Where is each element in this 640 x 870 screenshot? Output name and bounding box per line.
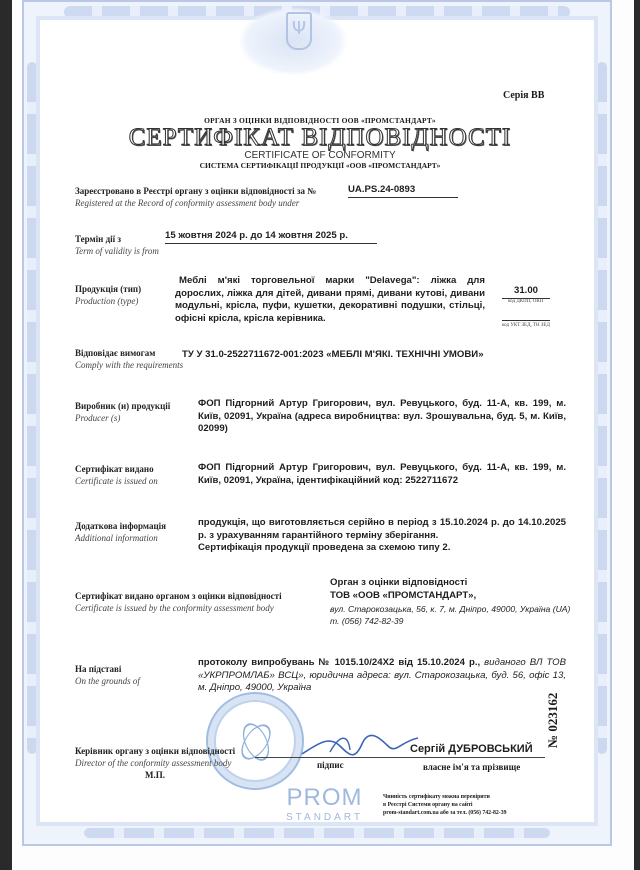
seal-place-label: М.П. bbox=[145, 770, 165, 780]
issued-on-label-ua: Сертифікат видано bbox=[75, 464, 154, 474]
additional-info-value: продукція, що виготовляється серійно в п… bbox=[198, 517, 566, 542]
requirements-standard: ТУ У 31.0-2522711672-001:2023 «МЕБЛІ М'Я… bbox=[182, 349, 484, 362]
validity-period: 15 жовтня 2024 р. до 14 жовтня 2025 р. bbox=[165, 230, 377, 244]
director-label-en: Director of the conformity assessment bo… bbox=[75, 758, 231, 768]
promstandart-logo: PROM STANDART bbox=[286, 784, 363, 823]
issuing-body-phone: т. (056) 742-82-39 bbox=[330, 615, 403, 628]
additional-label-en: Additional information bbox=[75, 533, 158, 543]
dkpp-code: 31.00 bbox=[502, 285, 550, 299]
issued-on-value: ФОП Підгорний Артур Григорович, вул. Рев… bbox=[198, 462, 566, 487]
production-description: Меблі м'які торговельної марки "Delavega… bbox=[175, 275, 485, 325]
validity-label-en: Term of validity is from bbox=[75, 246, 159, 256]
verify-note-3: prom-standart.com.ua або за тел. (056) 7… bbox=[383, 810, 507, 816]
issued-by-label-ua: Сертифікат видано органом з оцінки відпо… bbox=[75, 591, 282, 601]
grounds-value: протоколу випробувань № 1015.10/24Х2 від… bbox=[198, 657, 566, 695]
producer-value: ФОП Підгорний Артур Григорович, вул. Рев… bbox=[198, 398, 566, 436]
certification-system: СИСТЕМА СЕРТИФІКАЦІЇ ПРОДУКЦІЇ «ООВ «ПРО… bbox=[0, 161, 640, 170]
dkpp-code-caption: код ДКПП, ОКП bbox=[508, 299, 543, 304]
additional-label-ua: Додаткова інформація bbox=[75, 521, 166, 531]
certificate-serial-number: № 023162 bbox=[545, 693, 561, 748]
registry-number: UA.PS.24-0893 bbox=[348, 184, 458, 198]
name-caption: власне ім'я та прізвище bbox=[423, 762, 520, 772]
production-label-en: Production (type) bbox=[75, 296, 138, 306]
frame-band-bottom bbox=[84, 828, 550, 838]
certification-scheme: Сертифікація продукції проведена за схем… bbox=[198, 542, 450, 555]
verify-note-2: в Реєстрі Системи органу на сайті bbox=[383, 802, 473, 808]
logo-line-2: STANDART bbox=[286, 812, 363, 823]
issuing-body-name-line1: Орган з оцінки відповідності bbox=[330, 577, 467, 590]
director-label-ua: Керівник органу з оцінки відповідності bbox=[75, 746, 235, 756]
issuing-body-address: вул. Старокозацька, 56, к. 7, м. Дніпро,… bbox=[330, 603, 570, 616]
requirements-label-ua: Відповідає вимогам bbox=[75, 348, 155, 358]
verify-note-1: Чинність сертифікату можна перевірити bbox=[383, 794, 490, 800]
producer-label-ua: Виробник (и) продукції bbox=[75, 401, 170, 411]
grounds-label-en: On the grounds of bbox=[75, 676, 140, 686]
signer-name: Сергій ДУБРОВСЬКИЙ bbox=[410, 743, 533, 756]
official-seal-stamp bbox=[206, 692, 304, 790]
validity-label-ua: Термін дії з bbox=[75, 234, 121, 244]
certificate-title-en: CERTIFICATE OF CONFORMITY bbox=[0, 150, 640, 161]
issuing-body-name-line2: ТОВ «ООВ «ПРОМСТАНДАРТ», bbox=[330, 590, 476, 603]
uktzed-code-caption: код УКТ ЗЕД, ТН ЗЕД bbox=[502, 323, 550, 328]
series-label: Серія ВВ bbox=[503, 90, 544, 101]
issued-on-label-en: Certificate is issued on bbox=[75, 476, 158, 486]
trident-icon: Ψ bbox=[286, 12, 312, 50]
test-protocol: протоколу випробувань № 1015.10/24Х2 від… bbox=[198, 657, 480, 668]
certificate-title-ua: СЕРТИФІКАТ ВІДПОВІДНОСТІ bbox=[0, 124, 640, 152]
registered-label-ua: Зареєстровано в Реєстрі органу з оцінки … bbox=[75, 186, 316, 196]
signature-caption: підпис bbox=[317, 760, 344, 770]
logo-line-1: PROM bbox=[286, 784, 363, 812]
issued-by-label-en: Certificate is issued by the conformity … bbox=[75, 603, 274, 613]
producer-label-en: Producer (s) bbox=[75, 413, 120, 423]
registered-label-en: Registered at the Record of conformity a… bbox=[75, 198, 299, 208]
production-label-ua: Продукція (тип) bbox=[75, 284, 141, 294]
grounds-label-ua: На підставі bbox=[75, 664, 121, 674]
requirements-label-en: Comply with the requirements bbox=[75, 360, 183, 370]
signature-scribble bbox=[300, 732, 420, 762]
uktzed-code-line bbox=[502, 320, 550, 321]
